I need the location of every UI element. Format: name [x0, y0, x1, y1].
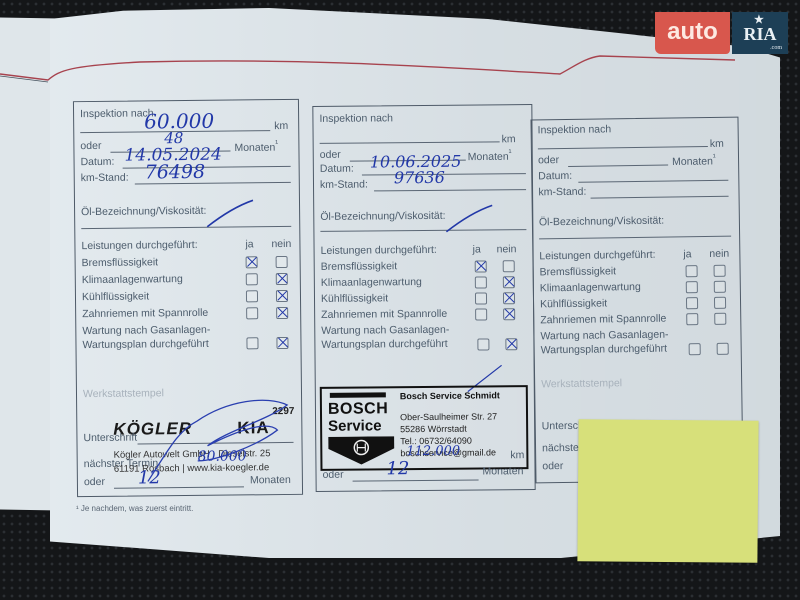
- pen-stroke: [444, 203, 494, 233]
- checkbox-brake-yes[interactable]: [686, 265, 698, 277]
- checkbox-coolant-no[interactable]: [503, 292, 515, 304]
- checkbox-coolant-yes[interactable]: [475, 292, 487, 304]
- service-ac: Klimaanlagenwartung: [82, 273, 183, 286]
- inspection-label: Inspektion nach: [319, 112, 393, 125]
- checkbox-brake-no[interactable]: [714, 265, 726, 277]
- checkbox-gas-yes[interactable]: [246, 337, 258, 349]
- or-label-2: oder: [542, 460, 563, 472]
- autoria-logo-ria: ★ RIA .com: [732, 12, 788, 54]
- yes-header: ja: [473, 244, 481, 256]
- checkbox-gas-yes[interactable]: [477, 338, 489, 350]
- inspection-label: Inspektion nach: [538, 123, 612, 136]
- or-label: oder: [538, 154, 559, 166]
- or-label: oder: [80, 140, 101, 152]
- service-gas-1: Wartung nach Gasanlagen-: [321, 324, 449, 337]
- checkbox-brake-no[interactable]: [276, 256, 288, 268]
- checkbox-belt-no[interactable]: [276, 307, 288, 319]
- service-coolant: Kühlflüssigkeit: [82, 290, 149, 303]
- service-brake-fluid: Bremsflüssigkeit: [540, 265, 617, 278]
- oil-label: Öl-Bezeichnung/Viskosität:: [81, 205, 206, 218]
- handwritten-mileage: 97636: [394, 168, 445, 187]
- checkbox-brake-yes[interactable]: [475, 260, 487, 272]
- checkbox-belt-no[interactable]: [503, 308, 515, 320]
- checkbox-coolant-no[interactable]: [714, 297, 726, 309]
- signature-scribble: [117, 390, 298, 492]
- yes-header: ja: [683, 248, 691, 260]
- service-coolant: Kühlflüssigkeit: [321, 292, 388, 305]
- autoria-logo-auto: auto: [655, 12, 730, 54]
- service-gas-1: Wartung nach Gasanlagen-: [82, 324, 210, 337]
- inspection-card-2: Inspektion nach km oder Monaten¹ Datum: …: [312, 104, 535, 492]
- km-unit: km: [274, 120, 288, 132]
- no-header: nein: [271, 238, 291, 250]
- service-gas-2: Wartungsplan durchgeführt: [541, 343, 667, 357]
- oil-label: Öl-Bezeichnung/Viskosität:: [320, 210, 445, 223]
- checkbox-gas-no[interactable]: [505, 338, 517, 350]
- checkbox-brake-yes[interactable]: [246, 256, 258, 268]
- checkbox-coolant-no[interactable]: [276, 290, 288, 302]
- inspection-card-1: Inspektion nach km 60.000 oder 48 Monate…: [73, 99, 303, 497]
- checkbox-belt-yes[interactable]: [686, 313, 698, 325]
- checkbox-ac-no[interactable]: [503, 276, 515, 288]
- sticky-note: [577, 419, 758, 563]
- service-gas-2: Wartungsplan durchgeführt: [321, 338, 447, 351]
- checkbox-gas-no[interactable]: [276, 337, 288, 349]
- star-icon: ★: [754, 14, 764, 26]
- yes-header: ja: [245, 238, 253, 250]
- checkbox-belt-yes[interactable]: [246, 307, 258, 319]
- service-ac: Klimaanlagenwartung: [321, 276, 422, 289]
- km-unit-2: km: [510, 449, 524, 461]
- checkbox-ac-no[interactable]: [714, 281, 726, 293]
- months-label: Monaten¹: [234, 138, 278, 154]
- km-unit: km: [502, 133, 516, 145]
- checkbox-belt-no[interactable]: [714, 313, 726, 325]
- handwritten-mileage: 76498: [145, 161, 206, 184]
- or-label-2: oder: [322, 469, 343, 481]
- services-header: Leistungen durchgeführt:: [539, 249, 655, 263]
- checkbox-gas-yes[interactable]: [689, 343, 701, 355]
- date-label: Datum:: [538, 170, 572, 182]
- checkbox-ac-no[interactable]: [276, 273, 288, 285]
- service-timing-belt: Zahnriemen mit Spannrolle: [82, 307, 208, 320]
- service-gas-2: Wartungsplan durchgeführt: [82, 338, 208, 351]
- mileage-label: km-Stand:: [538, 186, 586, 199]
- checkbox-ac-yes[interactable]: [475, 276, 487, 288]
- service-gas-1: Wartung nach Gasanlagen-: [540, 329, 668, 343]
- months-label-2: Monaten: [482, 465, 523, 477]
- checkbox-coolant-yes[interactable]: [246, 290, 258, 302]
- handwritten-next-months: 12: [386, 458, 409, 479]
- checkbox-gas-no[interactable]: [717, 343, 729, 355]
- checkbox-brake-no[interactable]: [503, 260, 515, 272]
- service-logo-text: Service: [328, 417, 382, 434]
- checkbox-coolant-yes[interactable]: [686, 297, 698, 309]
- service-brake-fluid: Bremsflüssigkeit: [82, 256, 159, 269]
- inspection-label: Inspektion nach: [80, 107, 154, 120]
- stamp-business-name: Bosch Service Schmidt: [400, 390, 500, 401]
- workshop-stamp-label: Werkstattstempel: [541, 377, 622, 390]
- no-header: nein: [497, 243, 517, 255]
- km-unit: km: [710, 138, 724, 150]
- stamp-city: 55286 Wörrstadt: [400, 424, 467, 435]
- date-label: Datum:: [81, 156, 115, 168]
- mileage-label: km-Stand:: [81, 172, 129, 185]
- months-label: Monaten¹: [468, 147, 512, 163]
- mileage-label: km-Stand:: [320, 178, 368, 190]
- checkbox-belt-yes[interactable]: [475, 308, 487, 320]
- service-ac: Klimaanlagenwartung: [540, 281, 641, 294]
- service-timing-belt: Zahnriemen mit Spannrolle: [321, 308, 447, 321]
- stamp-street: Ober-Saulheimer Str. 27: [400, 411, 497, 422]
- no-header: nein: [709, 248, 729, 260]
- services-header: Leistungen durchgeführt:: [81, 239, 197, 252]
- pen-stroke: [205, 198, 255, 229]
- checkbox-ac-yes[interactable]: [686, 281, 698, 293]
- or-label-2: oder: [84, 476, 105, 488]
- services-header: Leistungen durchgeführt:: [321, 244, 437, 257]
- service-timing-belt: Zahnriemen mit Spannrolle: [540, 313, 666, 327]
- service-brake-fluid: Bremsflüssigkeit: [321, 260, 398, 273]
- footnote: ¹ Je nachdem, was zuerst eintritt.: [76, 504, 193, 513]
- handwritten-next-km: 112.000: [406, 444, 460, 459]
- date-label: Datum:: [320, 163, 354, 175]
- bosch-armature-logo: [328, 436, 394, 465]
- bosch-logo-text: BOSCH: [328, 400, 388, 419]
- service-coolant: Kühlflüssigkeit: [540, 297, 607, 310]
- oil-label: Öl-Bezeichnung/Viskosität:: [539, 215, 664, 229]
- or-label: oder: [320, 149, 341, 161]
- checkbox-ac-yes[interactable]: [246, 273, 258, 285]
- months-label: Monaten¹: [672, 152, 716, 168]
